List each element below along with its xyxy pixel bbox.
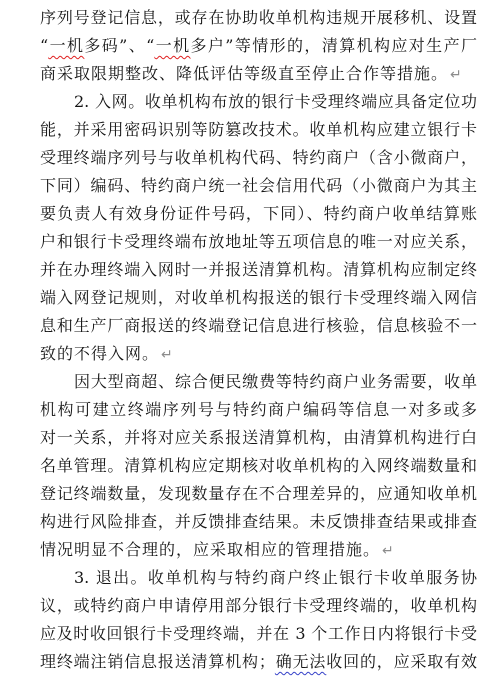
text-run: 要负责人有效身份证件号码，下同）、特约商户收单结算账 [40,204,477,223]
text-run: 并在办理终端入网时一并报送清算机构。清算机构应制定终 [40,260,477,279]
text-line: 户和银行卡受理终端布放地址等五项信息的唯一对应关系， [40,228,477,256]
text-run: 序列号登记信息，或存在协助收单机构违规开展移机、设置 [40,8,477,27]
text-run: 登记终端数量，发现数量存在不合理差异的，应通知收单机 [40,484,477,503]
text-run: 情况明显不合理的，应采取相应的管理措施。 [40,540,380,559]
text-line: 理终端注销信息报送清算机构；确无法收回的，应采取有效 [40,648,477,676]
text-line: 并在办理终端入网时一并报送清算机构。清算机构应制定终 [40,256,477,284]
document-page: 序列号登记信息，或存在协助收单机构违规开展移机、设置“一机多码”、“一机多户”等… [0,0,494,679]
paragraph-mark-icon: ↵ [380,543,394,559]
text-run: 下同）编码、特约商户统一社会信用代码（小微商户为其主 [40,176,477,195]
text-run: 能，并采用密码识别等防篡改技术。收单机构应建立银行卡 [40,120,477,139]
text-run: 受理终端序列号与收单机构代码、特约商户（含小微商户， [40,148,477,167]
text-run: 收回的，应采取有效 [326,652,477,671]
text-line: 下同）编码、特约商户统一社会信用代码（小微商户为其主 [40,172,477,200]
text-line: 名单管理。清算机构应定期核对收单机构的入网终端数量和 [40,452,477,480]
text-line: 端入网登记规则，对收单机构报送的银行卡受理终端入网信 [40,284,477,312]
text-line: 议，或特约商户申请停用部分银行卡受理终端的，收单机构 [40,592,477,620]
text-run: 构进行风险排查，并反馈排查结果。未反馈排查结果或排查 [40,512,477,531]
text-run: 多码”、“ [84,36,154,55]
text-run: 致的不得入网。 [40,344,159,363]
text-line: 3. 退出。收单机构与特约商户终止银行卡收单服务协 [40,564,477,592]
paragraph-mark-icon: ↵ [159,347,173,363]
text-line: 商采取限期整改、降低评估等级直至停止合作等措施。↵ [40,60,477,88]
text-line: 对一关系，并将对应关系报送清算机构，由清算机构进行白 [40,424,477,452]
text-run: 对一关系，并将对应关系报送清算机构，由清算机构进行白 [40,428,477,447]
text-run: 理终端注销信息报送清算机构； [40,652,275,671]
text-line: 登记终端数量，发现数量存在不合理差异的，应通知收单机 [40,480,477,508]
text-line: 情况明显不合理的，应采取相应的管理措施。↵ [40,536,477,564]
text-run: 名单管理。清算机构应定期核对收单机构的入网终端数量和 [40,456,477,475]
text-line: 能，并采用密码识别等防篡改技术。收单机构应建立银行卡 [40,116,477,144]
text-run: “ [40,36,48,55]
text-line: 2. 入网。收单机构布放的银行卡受理终端应具备定位功 [40,88,477,116]
text-line: 息和生产厂商报送的终端登记信息进行核验，信息核验不一 [40,312,477,340]
text-run: 多户”等情形的，清算机构应对生产厂 [191,36,477,55]
text-line: 序列号登记信息，或存在协助收单机构违规开展移机、设置 [40,4,477,32]
text-line: 要负责人有效身份证件号码，下同）、特约商户收单结算账 [40,200,477,228]
text-run: 户和银行卡受理终端布放地址等五项信息的唯一对应关系， [40,232,477,251]
text-run: 2. 入网。收单机构布放的银行卡受理终端应具备定位功 [74,92,477,111]
text-run: 息和生产厂商报送的终端登记信息进行核验，信息核验不一 [40,316,477,335]
spell-error-run: 一机 [154,36,190,55]
grammar-error-run: 确无法 [275,652,326,671]
text-run: 应及时收回银行卡受理终端，并在 3 个工作日内将银行卡受 [40,624,477,643]
text-block: 序列号登记信息，或存在协助收单机构违规开展移机、设置“一机多码”、“一机多户”等… [0,0,494,676]
text-run: 机构可建立终端序列号与特约商户编码等信息一对多或多 [40,400,477,419]
text-line: 致的不得入网。↵ [40,340,477,368]
text-run: 3. 退出。收单机构与特约商户终止银行卡收单服务协 [74,568,477,587]
text-line: 应及时收回银行卡受理终端，并在 3 个工作日内将银行卡受 [40,620,477,648]
text-line: 受理终端序列号与收单机构代码、特约商户（含小微商户， [40,144,477,172]
spell-error-run: 一机 [48,36,84,55]
text-line: 构进行风险排查，并反馈排查结果。未反馈排查结果或排查 [40,508,477,536]
text-run: 因大型商超、综合便民缴费等特约商户业务需要，收单 [74,372,477,391]
paragraph-mark-icon: ↵ [448,67,462,83]
text-line: “一机多码”、“一机多户”等情形的，清算机构应对生产厂 [40,32,477,60]
text-line: 机构可建立终端序列号与特约商户编码等信息一对多或多 [40,396,477,424]
text-run: 议，或特约商户申请停用部分银行卡受理终端的，收单机构 [40,596,477,615]
word-document-page: { "colors": { "page_background": "#fffff… [0,0,494,679]
text-run: 端入网登记规则，对收单机构报送的银行卡受理终端入网信 [40,288,477,307]
text-line: 因大型商超、综合便民缴费等特约商户业务需要，收单 [40,368,477,396]
text-run: 商采取限期整改、降低评估等级直至停止合作等措施。 [40,64,448,83]
